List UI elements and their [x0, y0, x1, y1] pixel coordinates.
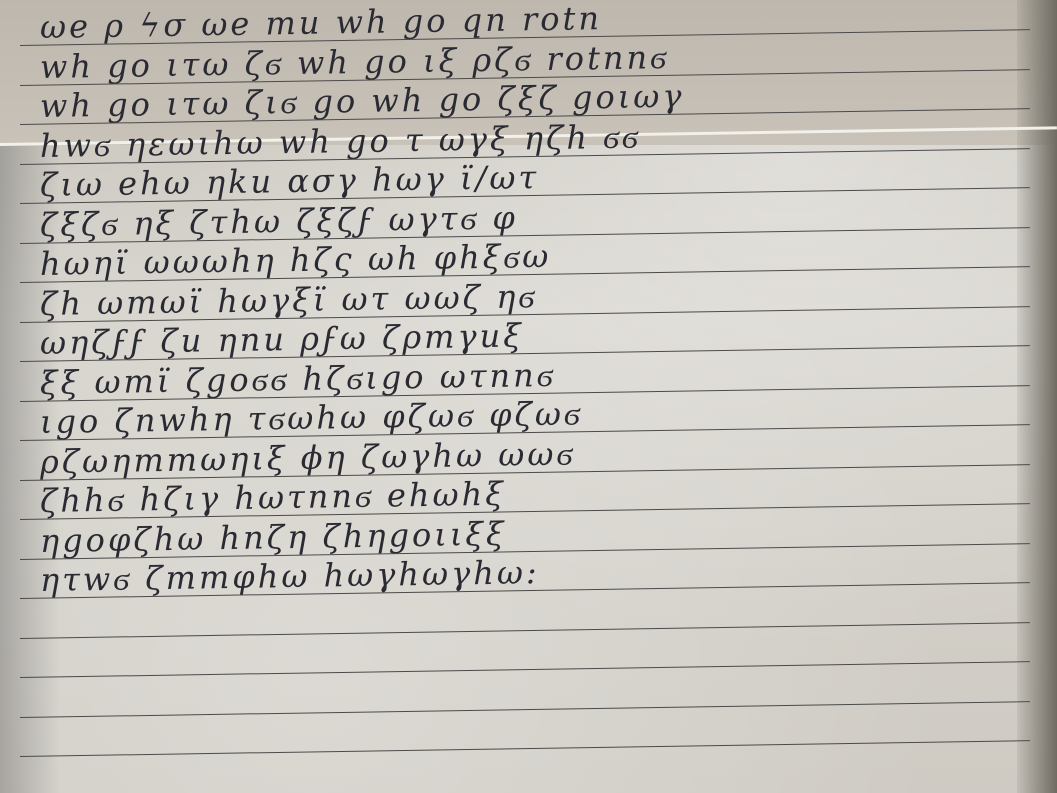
ruled-line	[20, 661, 1030, 678]
paper-edge	[1017, 0, 1057, 793]
ruled-line	[20, 740, 1030, 757]
ruled-line	[20, 701, 1030, 718]
notebook-photo: ωe ρ ϟσ ωe mu wh go qn rotnwh go ιτω ζϭ …	[0, 0, 1057, 793]
ruled-line	[20, 622, 1030, 639]
